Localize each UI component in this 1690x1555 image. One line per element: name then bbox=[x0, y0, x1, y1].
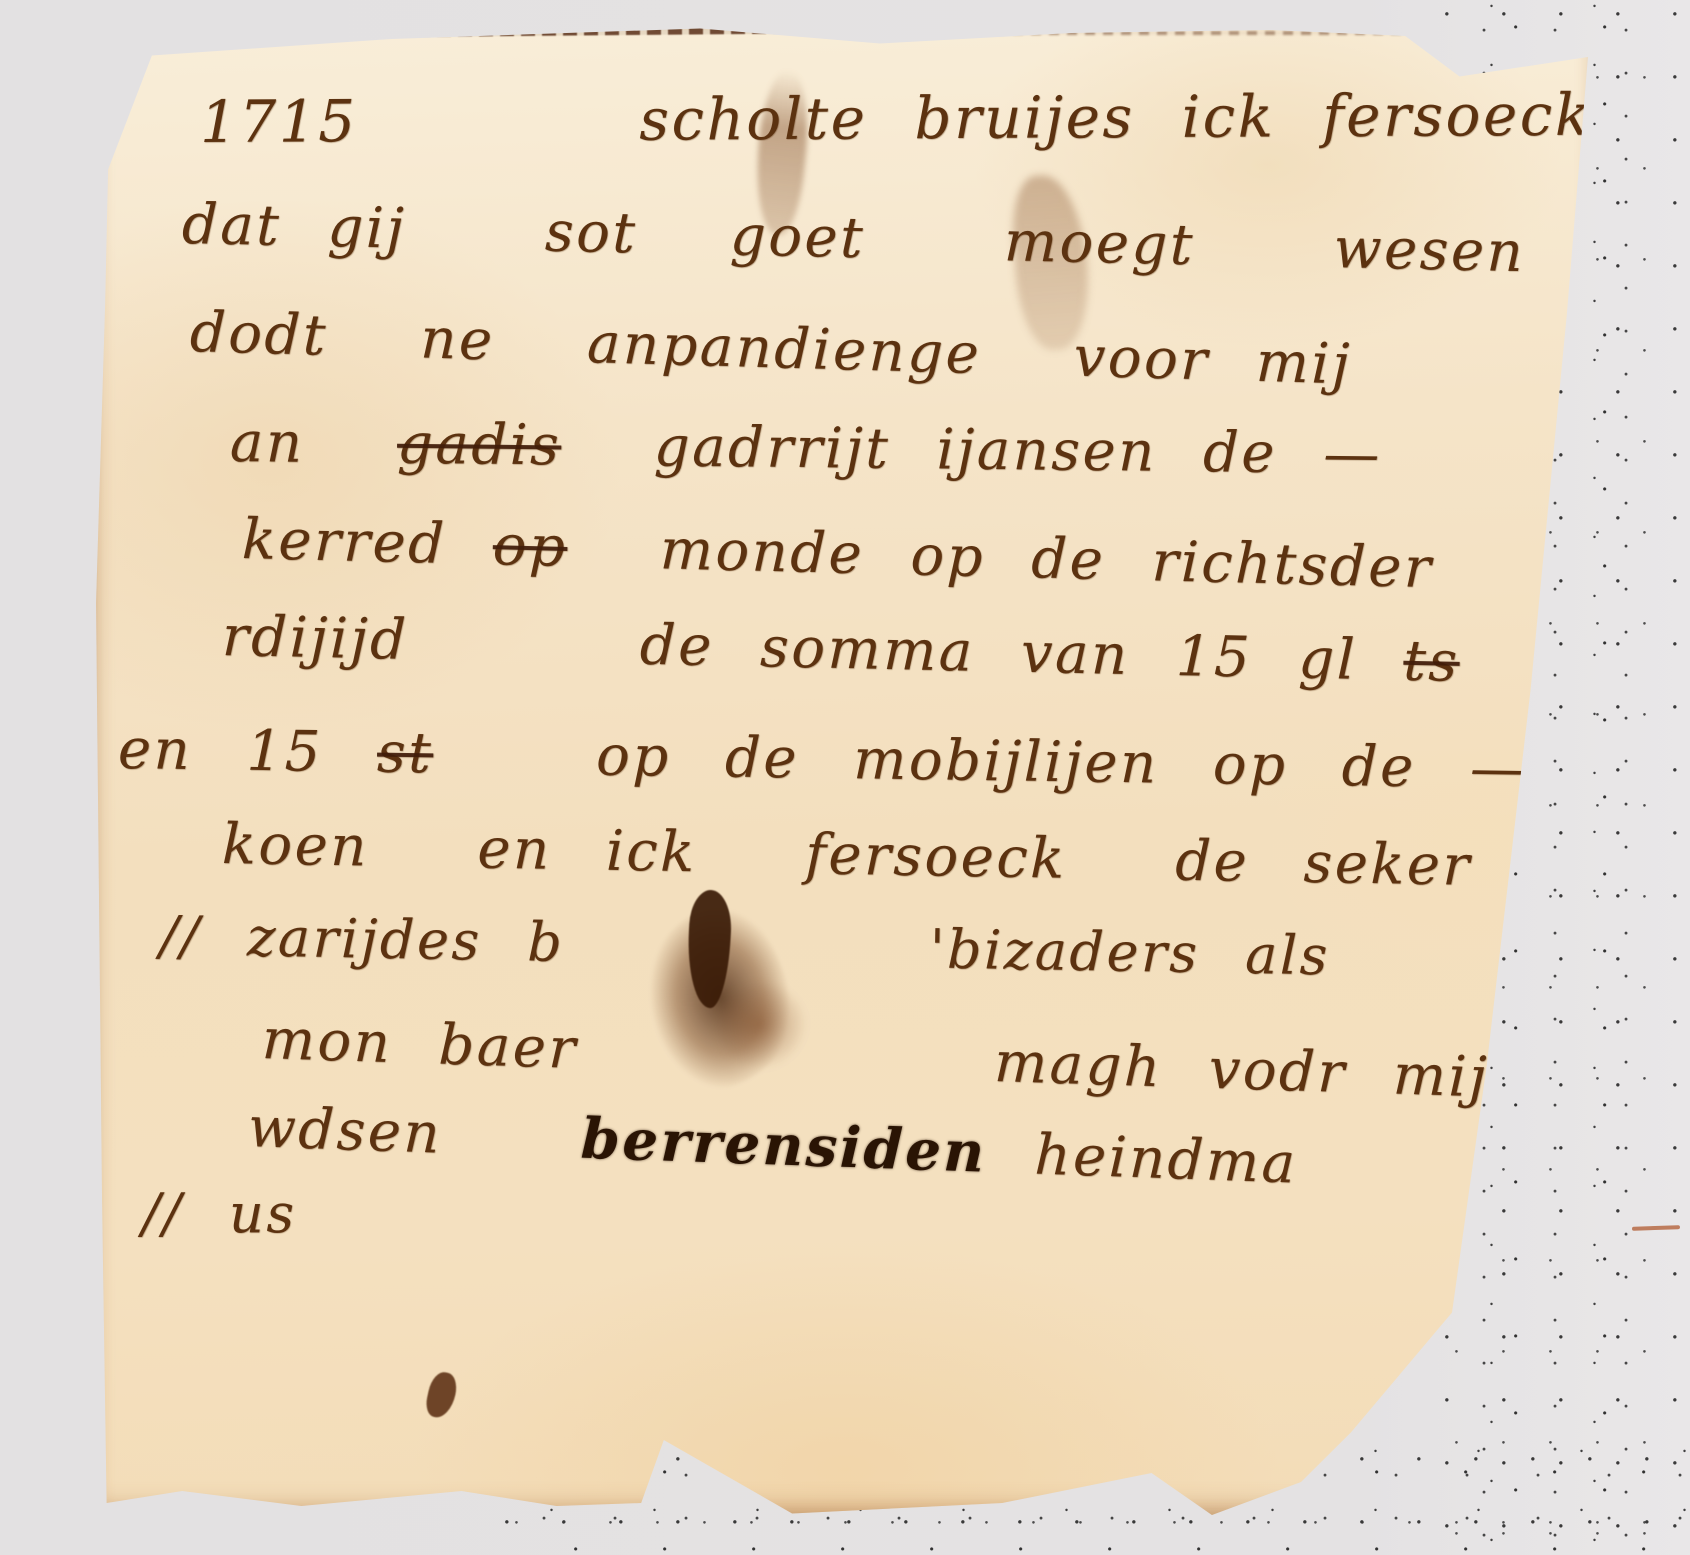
manuscript-line-5: kerred op monde op de richtsder bbox=[241, 512, 1434, 597]
line-text: koen en ick fersoeck de seker bbox=[221, 812, 1472, 899]
photo-background: 1715 scholte bruijes ick fersoeck dat gi… bbox=[0, 0, 1690, 1555]
line-text: en 15 bbox=[118, 717, 378, 786]
line-text: dodt ne anpandienge voor mij bbox=[189, 300, 1353, 397]
line-text: gadrrijt ijansen de — bbox=[561, 413, 1382, 487]
manuscript-line-3: dodt ne anpandienge voor mij bbox=[189, 305, 1352, 393]
manuscript-line-7: en 15 st op de mobijlijen op de — bbox=[118, 722, 1529, 798]
line-text: dat gij sot goet moegt wesen een bbox=[181, 192, 1690, 289]
line-text: kerred bbox=[241, 507, 493, 578]
line-text: op de mobijlijen op de — bbox=[433, 721, 1529, 801]
signature-name: heindma bbox=[1033, 1122, 1298, 1196]
line-text: 1715 bbox=[200, 86, 640, 156]
manuscript-line-6: rdijijd de somma van 15 gl ts bbox=[221, 609, 1460, 691]
manuscript-line-9: // zarijdes b 'bizaders als // bbox=[160, 909, 1555, 987]
manuscript-line-1: 1715 scholte bruijes ick fersoeck bbox=[200, 86, 1593, 151]
line-text: wdsen bbox=[247, 1095, 582, 1172]
margin-mark-bottom-left: // us bbox=[142, 1187, 297, 1241]
manuscript-line-2: dat gij sot goet moegt wesen een bbox=[181, 197, 1690, 285]
line-text: an bbox=[230, 410, 398, 477]
manuscript-line-10: mon baer magh vodr mij bbox=[261, 1012, 1490, 1107]
ink-blot-bottom bbox=[424, 1370, 460, 1421]
line-text: scholte bruijes ick fersoeck bbox=[639, 81, 1593, 154]
struck-word: ts bbox=[1403, 629, 1461, 695]
line-text: // us bbox=[142, 1182, 297, 1245]
torn-top-edge bbox=[143, 26, 898, 40]
line-text: rdijijd de somma van 15 gl bbox=[221, 604, 1404, 694]
struck-word: st bbox=[377, 721, 434, 787]
manuscript-line-4: an gadis gadrrijt ijansen de — bbox=[230, 415, 1382, 483]
manuscript-paper: 1715 scholte bruijes ick fersoeck dat gi… bbox=[90, 15, 1600, 1515]
signature-heavy-ink: berrensiden bbox=[580, 1106, 1036, 1188]
line-text: // zarijdes b 'bizaders als // bbox=[159, 904, 1554, 991]
torn-top-edge-right bbox=[905, 31, 1418, 35]
line-text: monde op de richtsder bbox=[567, 515, 1434, 601]
line-text: mon baer magh vodr mij bbox=[261, 1007, 1490, 1111]
struck-word: op bbox=[492, 513, 568, 580]
manuscript-signature-line: wdsen berrensiden heindma bbox=[247, 1099, 1298, 1193]
manuscript-line-8: koen en ick fersoeck de seker bbox=[222, 817, 1473, 895]
struck-word: gadis bbox=[397, 412, 562, 479]
